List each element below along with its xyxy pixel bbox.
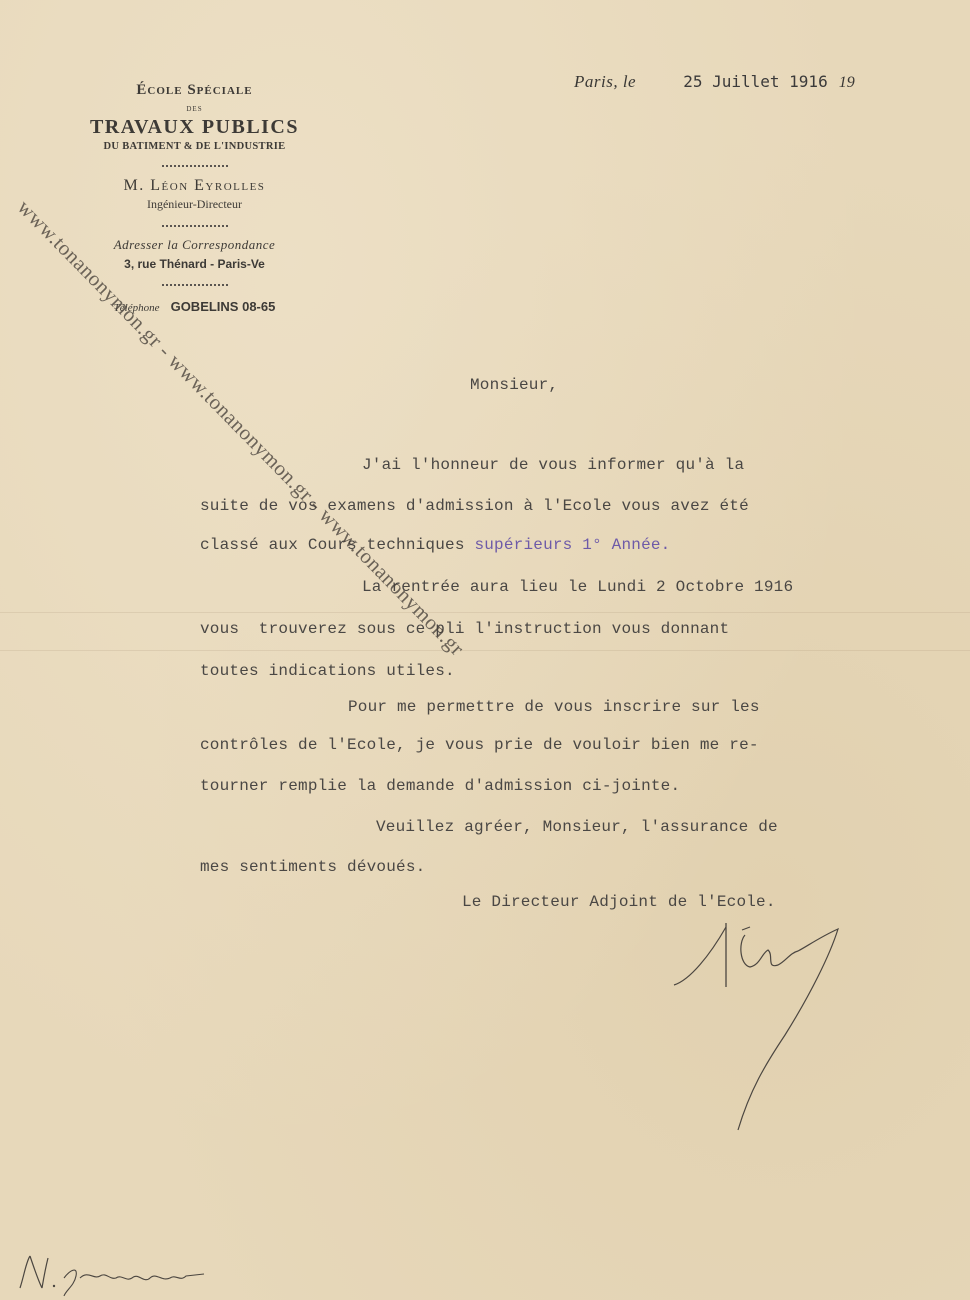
body-line-course: classé aux Cours techniques supérieurs 1… — [200, 536, 670, 554]
body-line: mes sentiments dévoués. — [200, 858, 425, 876]
director-title: Ingénieur-Directeur — [62, 197, 327, 212]
fold-line — [0, 612, 970, 613]
body-line: vous trouverez sous ce pli l'instruction… — [200, 620, 729, 638]
body-line: toutes indications utiles. — [200, 662, 455, 680]
school-name: École Spéciale — [62, 82, 327, 99]
body-line: tourner remplie la demande d'admission c… — [200, 777, 680, 795]
margin-note-handwriting — [4, 1248, 244, 1298]
dateline-date: 25 Juillet 1916 — [683, 72, 828, 91]
ornament-divider — [162, 221, 228, 227]
body-line: contrôles de l'Ecole, je vous prie de vo… — [200, 736, 759, 754]
dateline-prefix: Paris, le — [574, 72, 636, 91]
school-travaux: TRAVAUX PUBLICS — [62, 116, 327, 139]
director-name: M. Léon Eyrolles — [62, 177, 327, 195]
ornament-divider — [162, 161, 228, 167]
correspondence-label: Adresser la Correspondance — [62, 237, 327, 253]
body-line: suite de vos examens d'admission à l'Eco… — [200, 497, 749, 515]
signature-block: Le Directeur Adjoint de l'Ecole. — [462, 893, 776, 911]
body-line: Pour me permettre de vous inscrire sur l… — [348, 698, 760, 716]
dateline-suffix: 19 — [839, 74, 855, 91]
body-line: Veuillez agréer, Monsieur, l'assurance d… — [376, 818, 778, 836]
signature-icon — [650, 915, 850, 1135]
stamped-course-level: supérieurs 1° Année. — [474, 536, 670, 554]
phone-number: GOBELINS 08-65 — [171, 299, 276, 314]
salutation: Monsieur, — [470, 376, 558, 394]
body-line: J'ai l'honneur de vous informer qu'à la — [362, 456, 744, 474]
school-des: DES — [62, 105, 327, 113]
dateline: Paris, le 25 Juillet 1916 19 — [574, 72, 855, 92]
school-batiment: DU BATIMENT & DE L'INDUSTRIE — [62, 141, 327, 152]
body-line: La rentrée aura lieu le Lundi 2 Octobre … — [362, 578, 793, 596]
ornament-divider — [162, 280, 228, 286]
fold-line — [0, 650, 970, 651]
